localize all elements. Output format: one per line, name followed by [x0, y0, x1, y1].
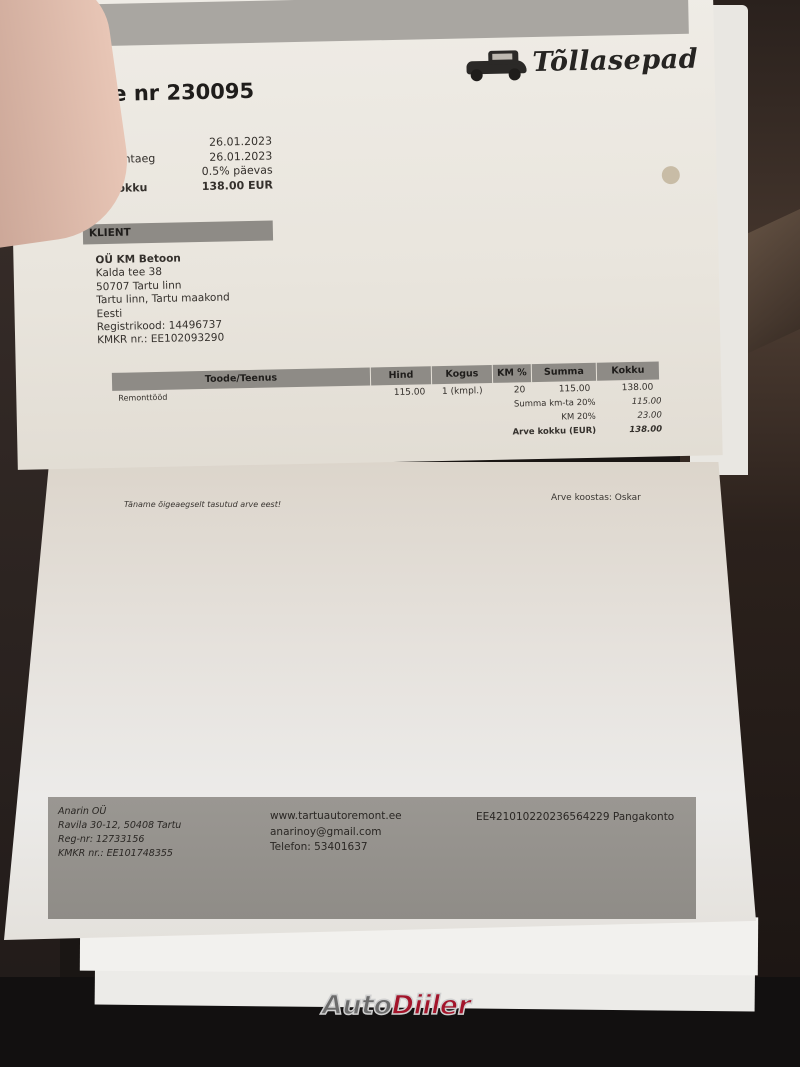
autodiiler-watermark: AutoDiiler [322, 990, 470, 1021]
footer-address: Ravila 30-12, 50408 Tartu [58, 819, 181, 833]
header-total: Kokku [597, 361, 659, 380]
footer-reg: Reg-nr: 12733156 [58, 833, 181, 847]
client-heading: KLIENT [83, 221, 273, 245]
footer-contact: www.tartuautoremont.ee anarinoy@gmail.co… [270, 809, 402, 856]
header-vat-percent: KM % [493, 364, 531, 383]
client-county: Tartu linn, Tartu maakond [96, 292, 230, 308]
footer-company-info: Anarin OÜ Ravila 30-12, 50408 Tartu Reg-… [58, 805, 181, 861]
thank-you-note: Täname õigeaegselt tasutud arve eest! [124, 500, 281, 509]
logo-text: Tõllasepad [532, 44, 698, 78]
footer-company: Anarin OÜ [58, 805, 181, 819]
footer-bank-account: EE421010220236564229 Pangakonto [476, 811, 674, 823]
paper-stain [662, 166, 680, 184]
footer-phone: Telefon: 53401637 [270, 840, 402, 856]
header-quantity: Kogus [432, 365, 492, 384]
invoice-author: Arve koostas: Oskar [551, 493, 641, 503]
company-logo: Tõllasepad [464, 44, 698, 80]
footer-vat: KMKR nr.: EE101748355 [58, 847, 181, 861]
invoice-footer: Anarin OÜ Ravila 30-12, 50408 Tartu Reg-… [48, 797, 696, 919]
client-details: OÜ KM Betoon Kalda tee 38 50707 Tartu li… [95, 251, 230, 348]
header-band [38, 0, 689, 47]
client-vat-number: KMKR nr.: EE102093290 [97, 332, 231, 348]
header-price: Hind [371, 366, 431, 385]
footer-email: anarinoy@gmail.com [270, 825, 402, 841]
header-sum: Summa [532, 363, 596, 382]
footer-website: www.tartuautoremont.ee [270, 809, 402, 825]
vintage-car-icon [464, 48, 529, 79]
